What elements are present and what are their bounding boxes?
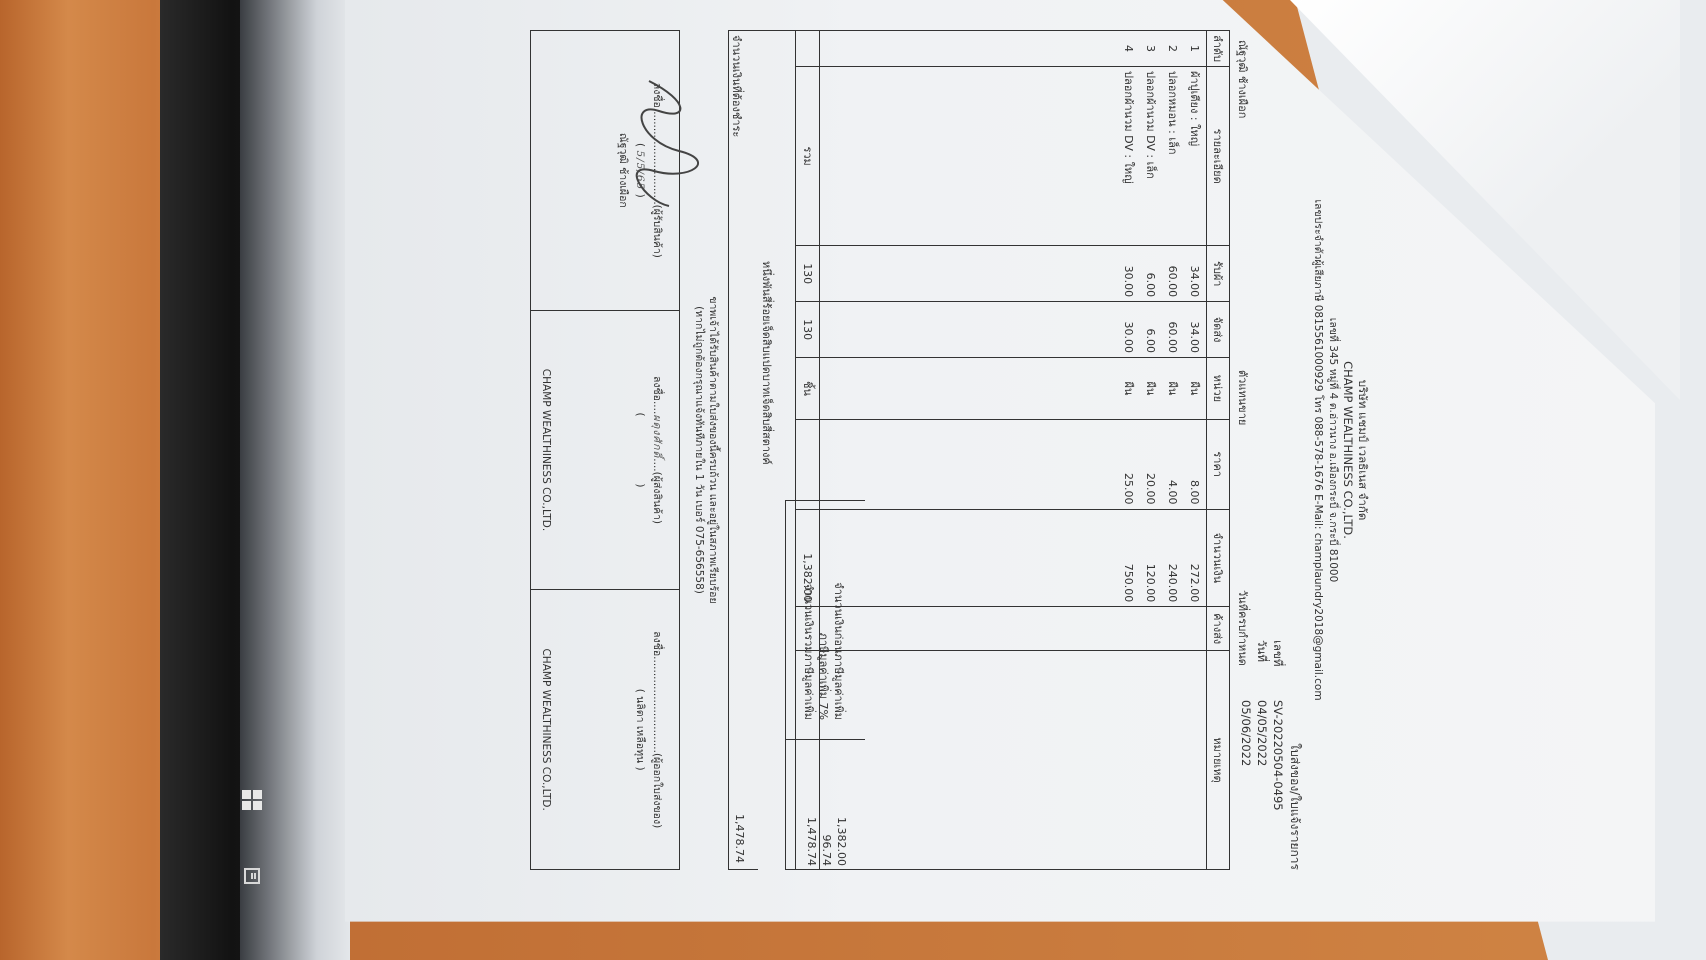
subtotal-label: จำนวนเงินก่อนภาษีมูลค่าเพิ่ม xyxy=(833,500,848,720)
vat-label: ภาษีมูลค่าเพิ่ม 7% xyxy=(818,500,833,720)
doc-number: SV-20220504-0495 xyxy=(1270,700,1286,811)
vat-value: 96.74 xyxy=(818,740,833,870)
cell-note xyxy=(1184,651,1207,870)
cell-desc: ผ้าปูเตียง : ใหญ่ xyxy=(1184,67,1207,246)
cell-pending xyxy=(1118,607,1140,651)
company-contact: เลขประจำตัวผู้เสียภาษี 0815561000929 โทร… xyxy=(1310,30,1325,870)
cell-note xyxy=(1118,651,1140,870)
cell-no: 4 xyxy=(1118,31,1140,67)
table-row: 4ปลอกผ้านวม DV : ใหญ่30.0030.00ผืน25.007… xyxy=(1118,31,1140,870)
cell-pending xyxy=(1140,607,1162,651)
cell-amount: 240.00 xyxy=(1162,509,1184,607)
col-header-price: ราคา xyxy=(1207,419,1230,509)
signer-role: (ผู้ออกใบส่งของ) xyxy=(651,753,663,828)
cell-desc: ปลอกผ้านวม DV : ใหญ่ xyxy=(1118,67,1140,246)
cell-received: 34.00 xyxy=(1184,246,1207,302)
cell-delivered: 30.00 xyxy=(1118,302,1140,358)
cell-received: 60.00 xyxy=(1162,246,1184,302)
table-row: 2ปลอกหมอน : เล็ก60.0060.00ผืน4.00240.00 xyxy=(1162,31,1184,870)
signature-block: ลงชื่อ.............................(ผู้ร… xyxy=(530,30,680,870)
company-name-en: CHAMP WEALTHINESS CO.,LTD. xyxy=(1340,30,1355,870)
table-row: 3ปลอกผ้านวม DV : เล็ก6.006.00ผืน20.00120… xyxy=(1140,31,1162,870)
document-title: ใบส่งของ/ใบแจ้งรายการ xyxy=(1285,743,1304,870)
cell-no: 1 xyxy=(1184,31,1207,67)
cell-note xyxy=(1162,651,1184,870)
doc-due-date: 05/06/2022 xyxy=(1238,700,1254,766)
cell-no: 3 xyxy=(1140,31,1162,67)
table-row: 1ผ้าปูเตียง : ใหญ่34.0034.00ผืน8.00272.0… xyxy=(1184,31,1207,870)
notice-line-1: ขาพเจ้าได้รับสินค้าตามใบส่งของนี้ครบถ้วน… xyxy=(706,30,720,870)
doc-date-label: วันที่ xyxy=(1254,640,1270,700)
task-view-icon xyxy=(244,868,260,884)
col-header-no: ลำดับ xyxy=(1207,31,1230,67)
cell-price: 25.00 xyxy=(1118,419,1140,509)
signer-role: (ผู้รับสินค้า) xyxy=(651,205,663,258)
issuer-company: CHAMP WEALTHINESS CO.,LTD. xyxy=(537,590,554,869)
windows-start-icon xyxy=(242,790,262,810)
grand-total-label: จำนวนเงินที่ต้องชำระ xyxy=(728,35,746,137)
cell-pending xyxy=(1162,607,1184,651)
document-meta: เลขที่SV-20220504-0495 วันที่04/05/2022 … xyxy=(1238,640,1286,870)
summary-lines: จำนวนเงินก่อนภาษีมูลค่าเพิ่ม1,382.00 ภาษ… xyxy=(803,500,848,870)
laptop-screen-edge xyxy=(240,0,350,960)
cell-received: 6.00 xyxy=(1140,246,1162,302)
cell-desc: ปลอกผ้านวม DV : เล็ก xyxy=(1140,67,1162,246)
doc-number-label: เลขที่ xyxy=(1270,640,1286,700)
company-header: บริษัท แชมป์ เวลธิเนส จำกัด CHAMP WEALTH… xyxy=(1310,30,1370,870)
delivery-note-document: บริษัท แชมป์ เวลธิเนส จำกัด CHAMP WEALTH… xyxy=(510,30,1370,870)
sign-label: ลงชื่อ xyxy=(651,631,663,656)
sales-rep-label: ตัวแทนขาย xyxy=(1234,370,1252,425)
cell-desc: ปลอกหมอน : เล็ก xyxy=(1162,67,1184,246)
grand-total-row: หนึ่งพันสี่ร้อยเจ็ดสิบแปดบาทเจ็ดสิบสี่สต… xyxy=(728,30,758,870)
company-address: เลขที่ 345 หมู่ที่ 4 ต.อ่าวนาง อ.เมืองกร… xyxy=(1325,30,1340,870)
col-header-pending: ค้างส่ง xyxy=(1207,607,1230,651)
cell-amount: 120.00 xyxy=(1140,509,1162,607)
sign-label: ลงชื่อ xyxy=(651,376,663,401)
cell-no: 2 xyxy=(1162,31,1184,67)
cell-amount: 750.00 xyxy=(1118,509,1140,607)
cell-pending xyxy=(1184,607,1207,651)
company-name-th: บริษัท แชมป์ เวลธิเนส จำกัด xyxy=(1355,30,1370,870)
col-header-note: หมายเหตุ xyxy=(1207,651,1230,870)
signature-scribble-icon xyxy=(629,71,699,211)
col-header-desc: รายละเอียด xyxy=(1207,67,1230,246)
signer-role: (ผู้ส่งสินค้า) xyxy=(651,472,663,524)
col-header-delivered: จัดส่ง xyxy=(1207,302,1230,358)
col-header-received: รับผ้า xyxy=(1207,246,1230,302)
cell-unit: ผืน xyxy=(1140,358,1162,420)
col-header-amount: จำนวนเงิน xyxy=(1207,509,1230,607)
customer-name: ณัฐวุฒิ ช้างเผือก xyxy=(1234,40,1252,118)
cell-delivered: 6.00 xyxy=(1140,302,1162,358)
signature-sender: ลงชื่อ....ผดุงศักดิ์....(ผู้ส่งสินค้า) (… xyxy=(531,311,679,591)
grand-total-value: 1,478.74 xyxy=(733,814,746,863)
signature-issuer: ลงชื่อ.............................(ผู้อ… xyxy=(531,590,679,869)
signer-name: นลิตา เหลือทุน xyxy=(634,696,646,763)
due-date-label: วันที่ครบกำหนด xyxy=(1234,590,1252,666)
total-with-vat-label: จำนวนเงินรวมภาษีมูลค่าเพิ่ม xyxy=(803,500,818,720)
cell-delivered: 34.00 xyxy=(1184,302,1207,358)
cell-delivered: 60.00 xyxy=(1162,302,1184,358)
cell-amount: 272.00 xyxy=(1184,509,1207,607)
cell-note xyxy=(1140,651,1162,870)
table-header-row: ลำดับ รายละเอียด รับผ้า จัดส่ง หน่วย ราค… xyxy=(1207,31,1230,870)
col-header-unit: หน่วย xyxy=(1207,358,1230,420)
cell-price: 4.00 xyxy=(1162,419,1184,509)
total-with-vat-value: 1,478.74 xyxy=(803,740,818,870)
signature-receiver: ลงชื่อ.............................(ผู้ร… xyxy=(531,31,679,311)
cell-received: 30.00 xyxy=(1118,246,1140,302)
handwritten-name: ผดุงศักดิ์ xyxy=(651,414,663,458)
cell-price: 8.00 xyxy=(1184,419,1207,509)
doc-date: 04/05/2022 xyxy=(1254,700,1270,766)
subtotal-value: 1,382.00 xyxy=(833,740,848,870)
sender-company: CHAMP WEALTHINESS CO.,LTD. xyxy=(537,311,554,590)
cell-unit: ผืน xyxy=(1184,358,1207,420)
cell-price: 20.00 xyxy=(1140,419,1162,509)
cell-unit: ผืน xyxy=(1118,358,1140,420)
amount-in-words: หนึ่งพันสี่ร้อยเจ็ดสิบแปดบาทเจ็ดสิบสี่สต… xyxy=(758,261,776,465)
cell-unit: ผืน xyxy=(1162,358,1184,420)
